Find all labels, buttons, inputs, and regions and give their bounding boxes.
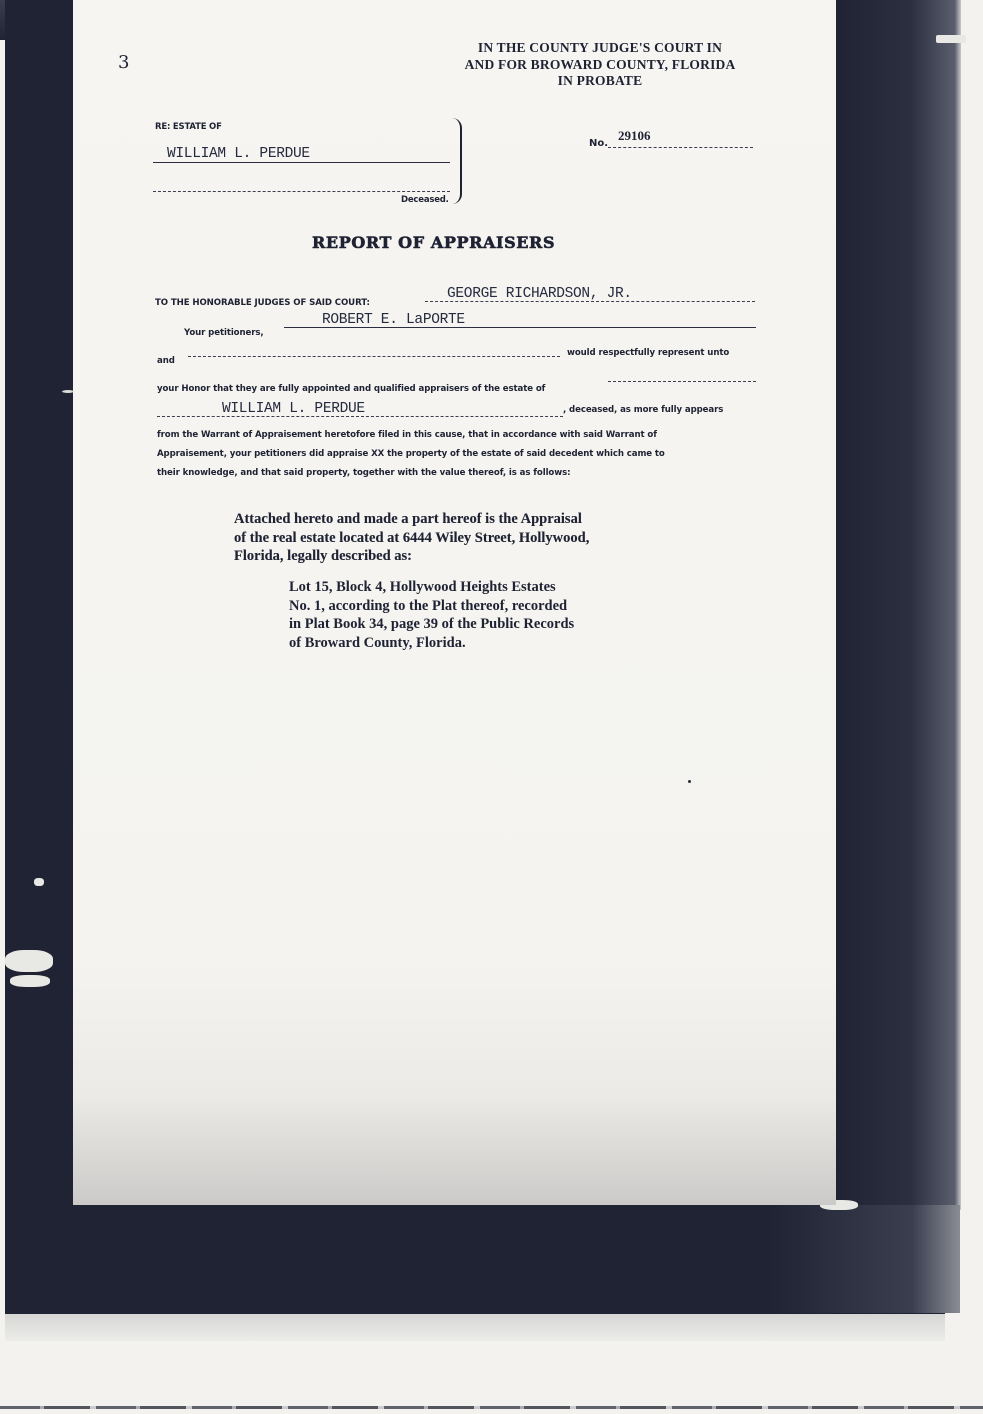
scan-artifact xyxy=(936,35,966,43)
scan-speck xyxy=(688,780,691,783)
knowledge-text: their knowledge, and that said property,… xyxy=(157,468,570,478)
honor-text: your Honor that they are fully appointed… xyxy=(157,384,545,394)
legal-description-line: in Plat Book 34, page 39 of the Public R… xyxy=(289,615,574,634)
scan-speck xyxy=(62,390,74,393)
estate-line xyxy=(608,381,756,382)
represent-text: would respectfully represent unto xyxy=(567,348,729,358)
petitioner-1: GEORGE RICHARDSON, JR. xyxy=(447,286,632,302)
re-estate-label: RE: ESTATE OF xyxy=(155,122,222,132)
court-header-line: AND FOR BROWARD COUNTY, FLORIDA xyxy=(440,57,760,74)
scan-artifact-line xyxy=(0,1406,983,1409)
deceased-text: , deceased, as more fully appears xyxy=(563,405,723,415)
court-header-line: IN PROBATE xyxy=(440,73,760,90)
decedent-name: WILLIAM L. PERDUE xyxy=(167,146,310,162)
caption-brace xyxy=(448,118,462,204)
petitioner-1-line xyxy=(425,301,755,302)
attachment-paragraph: Attached hereto and made a part hereof i… xyxy=(234,510,589,566)
legal-description-line: No. 1, according to the Plat thereof, re… xyxy=(289,597,574,616)
attachment-line: of the real estate located at 6444 Wiley… xyxy=(234,529,589,548)
case-number-label: No. xyxy=(589,138,608,149)
addressee-label: TO THE HONORABLE JUDGES OF SAID COURT: xyxy=(155,298,370,308)
scan-artifact xyxy=(10,975,50,987)
legal-description: Lot 15, Block 4, Hollywood Heights Estat… xyxy=(289,578,574,652)
case-number-line xyxy=(608,147,753,148)
scan-border-bottom xyxy=(5,1205,960,1313)
court-header: IN THE COUNTY JUDGE'S COURT IN AND FOR B… xyxy=(440,40,760,90)
petitioner-2-line xyxy=(284,327,756,328)
attachment-line: Florida, legally described as: xyxy=(234,547,589,566)
scan-border-left xyxy=(5,0,73,1340)
petitioner-3-line xyxy=(188,356,560,357)
decedent-name-2: WILLIAM L. PERDUE xyxy=(222,401,365,417)
legal-description-line: Lot 15, Block 4, Hollywood Heights Estat… xyxy=(289,578,574,597)
case-number: 29106 xyxy=(618,128,651,144)
legal-description-line: of Broward County, Florida. xyxy=(289,634,574,653)
page-mark: 3 xyxy=(118,52,129,73)
document-title: REPORT OF APPRAISERS xyxy=(312,233,602,252)
decedent-name-line xyxy=(153,162,450,163)
attachment-line: Attached hereto and made a part hereof i… xyxy=(234,510,589,529)
scan-bottom-strip xyxy=(5,1313,945,1341)
petitioners-label: Your petitioners, xyxy=(184,328,264,338)
and-label: and xyxy=(157,356,175,366)
scan-artifact xyxy=(5,950,53,972)
deceased-label: Deceased. xyxy=(401,195,449,205)
warrant-text: from the Warrant of Appraisement heretof… xyxy=(157,430,657,440)
blank-line xyxy=(153,191,450,192)
scan-artifact xyxy=(34,878,44,886)
decedent-name-2-line xyxy=(157,416,563,417)
appraise-text: Appraisement, your petitioners did appra… xyxy=(157,449,665,459)
scan-border-right xyxy=(836,0,961,1210)
petitioner-2: ROBERT E. LaPORTE xyxy=(322,312,465,328)
court-header-line: IN THE COUNTY JUDGE'S COURT IN xyxy=(440,40,760,57)
